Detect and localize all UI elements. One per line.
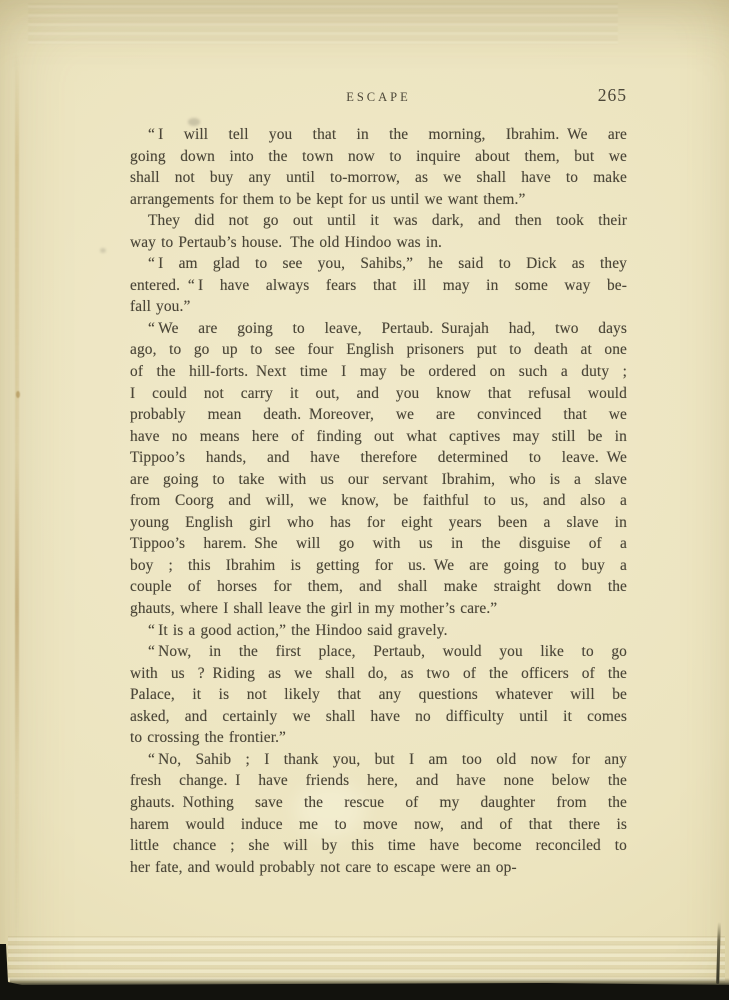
- text-line: “ No, Sahib ; I thank you, but I am too …: [130, 749, 627, 771]
- text-line: probably mean death. Moreover, we are co…: [130, 404, 627, 426]
- text-line: of the hill-forts. Next time I may be or…: [130, 361, 627, 383]
- text-line: shall not buy any until to-morrow, as we…: [130, 167, 627, 189]
- text-line: Tippoo’s harem. She will go with us in t…: [130, 533, 627, 555]
- text-line: entered. “ I have always fears that ill …: [130, 275, 627, 297]
- text-line: I could not carry it out, and you know t…: [130, 383, 627, 405]
- text-line: “ Now, in the first place, Pertaub, woul…: [130, 641, 627, 663]
- text-line: are going to take with us our servant Ib…: [130, 469, 627, 491]
- text-line: fall you.”: [130, 296, 627, 318]
- scan-artifact-page-stack-edges: [8, 936, 725, 984]
- text-line: little chance ; she will by this time ha…: [130, 835, 627, 857]
- text-line: ago, to go up to see four English prison…: [130, 339, 627, 361]
- text-line: going down into the town now to inquire …: [130, 146, 627, 168]
- book-page-scan: ESCAPE 265 “ I will tell you that in the…: [0, 0, 729, 1000]
- text-line: Palace, it is not likely that any questi…: [130, 684, 627, 706]
- text-line: Tippoo’s hands, and have therefore deter…: [130, 447, 627, 469]
- text-line: from Coorg and will, we know, be faithfu…: [130, 490, 627, 512]
- scan-artifact-speck: [16, 391, 20, 398]
- text-line: her fate, and would probably not care to…: [130, 857, 627, 879]
- text-line: ghauts, where I shall leave the girl in …: [130, 598, 627, 620]
- text-block: “ I will tell you that in the morning, I…: [130, 124, 627, 878]
- text-line: “ We are going to leave, Pertaub. Suraja…: [130, 318, 627, 340]
- text-line: arrangements for them to be kept for us …: [130, 189, 627, 211]
- text-line: young English girl who has for eight yea…: [130, 512, 627, 534]
- text-line: asked, and certainly we shall have no di…: [130, 706, 627, 728]
- text-line: have no means here of finding out what c…: [130, 426, 627, 448]
- text-line: way to Pertaub’s house. The old Hindoo w…: [130, 232, 627, 254]
- scan-artifact-gutter-crease: [15, 55, 19, 945]
- text-line: couple of horses for them, and shall mak…: [130, 576, 627, 598]
- text-line: fresh change. I have friends here, and h…: [130, 770, 627, 792]
- text-line: ghauts. Nothing save the rescue of my da…: [130, 792, 627, 814]
- text-line: They did not go out until it was dark, a…: [130, 210, 627, 232]
- text-line: “ I am glad to see you, Sahibs,” he said…: [130, 253, 627, 275]
- scan-artifact-top-streaks: [28, 3, 618, 45]
- text-line: “ It is a good action,” the Hindoo said …: [130, 620, 627, 642]
- text-line: boy ; this Ibrahim is getting for us. We…: [130, 555, 627, 577]
- text-line: with us ? Riding as we shall do, as two …: [130, 663, 627, 685]
- text-line: “ I will tell you that in the morning, I…: [130, 124, 627, 146]
- page-number: 265: [130, 85, 627, 106]
- text-line: harem would induce me to move now, and o…: [130, 814, 627, 836]
- scan-artifact-speck: [100, 248, 106, 253]
- text-line: to crossing the frontier.”: [130, 727, 627, 749]
